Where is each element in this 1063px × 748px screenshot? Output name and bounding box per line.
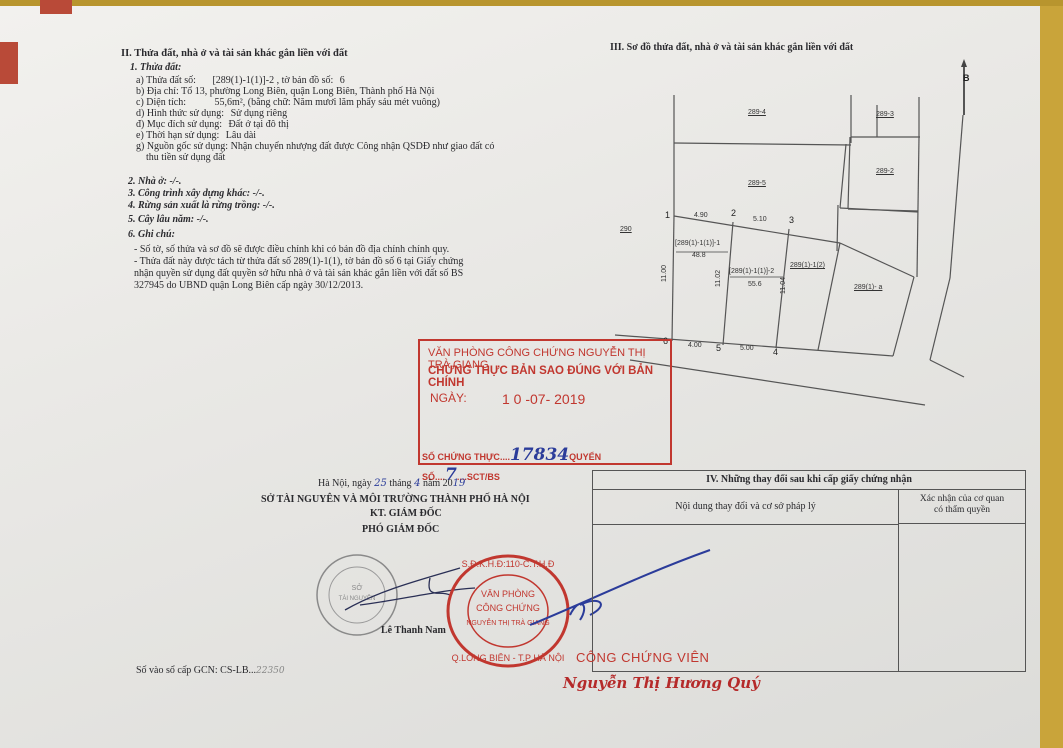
parcel-label-289-1-a: 289(1)- a [854,284,882,291]
origin-row: g) Nguồn gốc sử dụng: Nhận chuyển nhượng… [136,141,494,152]
purpose-row: đ) Mục đích sử dụng: Đất ở tại đô thị [136,119,289,130]
column-header-confirmation: Xác nhận của cơ quan có thẩm quyền [899,490,1025,524]
point-5: 5 [716,343,721,353]
map-sheet-number: 6 [340,75,345,86]
section-4-title: IV. Những thay đổi sau khi cấp giấy chứn… [593,471,1025,490]
notes-heading: 6. Ghi chú: [128,229,175,240]
address-row: b) Địa chỉ: Tổ 13, phường Long Biên, quậ… [136,86,434,97]
point-3: 3 [789,215,794,225]
section-3-title: III. Sơ đồ thửa đất, nhà ở và tài sản kh… [610,42,853,53]
stamp-date: 1 0 -07- 2019 [502,391,585,407]
parcel-label-290: 290 [620,226,632,233]
agency-name: SỞ TÀI NGUYÊN VÀ MÔI TRƯỜNG THÀNH PHỐ HÀ… [261,494,530,505]
notary-officer-name: Nguyễn Thị Hương Quý [563,674,760,692]
parcel-label-289-2: 289-2 [876,168,894,175]
note-line: 327945 do UBND quận Long Biên cấp ngày 3… [134,280,363,291]
term-row: e) Thời hạn sử dụng: Lâu dài [136,130,256,141]
svg-text:Q.LONG BIÊN - T.P HÀ NỘI: Q.LONG BIÊN - T.P HÀ NỘI [452,653,565,663]
registry-number: Số vào sổ cấp GCN: CS-LB...22350 [136,665,285,676]
perennial-item: 5. Cây lâu năm: -/-. [128,214,209,225]
dim-3-4: 11.04 [780,277,787,294]
note-line: - Thửa đất này được tách từ thửa đất số … [134,256,463,267]
origin-row-cont: thu tiền sử dụng đất [146,152,225,163]
other-construction-item: 3. Công trình xây dựng khác: -/-. [128,188,265,199]
dim-6-5: 4.00 [688,342,702,349]
parcel-label-2: [289(1)-1(1)]-2 [729,268,774,275]
stamp-book-number: 17834 [510,445,569,465]
signer-name: Lê Thanh Nam [381,625,446,636]
notary-certification-stamp: VĂN PHÒNG CÔNG CHỨNG NGUYỄN THỊ TRÀ GIAN… [418,339,672,465]
note-line: nhận quyền sử dụng đất quyền sở hữu nhà … [134,268,463,279]
parcel-label-289-4: 289-4 [748,109,766,116]
area-row: c) Diện tích: 55,6m², (bằng chữ: Năm mươ… [136,97,440,108]
parcel-label-289-1-1-2: 289(1)-1(2) [790,262,825,269]
changes-table: IV. Những thay đổi sau khi cấp giấy chứn… [592,470,1026,672]
point-2: 2 [731,208,736,218]
land-heading: 1. Thửa đất: [130,62,181,73]
parcel-number-row: a) Thửa đất số: [289(1)-1(1)]-2 , tờ bản… [136,75,345,86]
dim-2-5: 11.02 [715,270,722,287]
red-cover-corner [40,0,72,14]
section-2-title: II. Thửa đất, nhà ở và tài sản khác gắn … [121,48,348,59]
point-4: 4 [773,347,778,357]
north-label: B [963,73,970,83]
note-line: - Số tờ, số thửa và sơ đồ sẽ được điều c… [134,244,449,255]
forest-item: 4. Rừng sản xuất là rừng trồng: -/-. [128,200,275,211]
point-1: 1 [665,210,670,220]
dim-5-4: 5.00 [740,345,754,352]
column-divider [898,524,899,671]
dim-2-3: 5.10 [753,216,767,223]
stamp-certify: CHỨNG THỰC BẢN SAO ĐÚNG VỚI BẢN CHÍNH [428,365,670,389]
deputy-director: PHÓ GIÁM ĐỐC [362,524,439,535]
stamp-date-label: NGÀY: [430,391,467,405]
address-value: Tổ 13, phường Long Biên, quận Long Biên,… [181,86,434,97]
kt-director: KT. GIÁM ĐỐC [370,508,442,519]
parcel-area-2: 55.6 [748,281,762,288]
parcel-number: [289(1)-1(1)]-2 [212,75,274,86]
dim-1-2: 4.90 [694,212,708,219]
parcel-label-289-5: 289-5 [748,180,766,187]
notary-officer-title: CÔNG CHỨNG VIÊN [576,650,709,665]
parcel-label-289-3: 289-3 [876,111,894,118]
parcel-label-1: [289(1)-1(1)]-1 [675,240,720,247]
area-value: 55,6m², (bằng chữ: Năm mươi lăm phẩy sáu… [214,97,439,108]
column-header-content: Nội dung thay đổi và cơ sở pháp lý [593,490,899,525]
house-item: 2. Nhà ở: -/-. [128,176,181,187]
sign-day: 25 [374,478,387,489]
place-date: Hà Nội, ngày 25 tháng 4 năm 2019 [318,478,465,489]
usage-form-row: d) Hình thức sử dụng: Sử dụng riêng [136,108,287,119]
dim-1-6: 11.00 [661,265,668,282]
red-cover-edge [0,42,18,84]
parcel-area-1: 48.8 [692,252,706,259]
sign-month: 4 [414,478,420,489]
